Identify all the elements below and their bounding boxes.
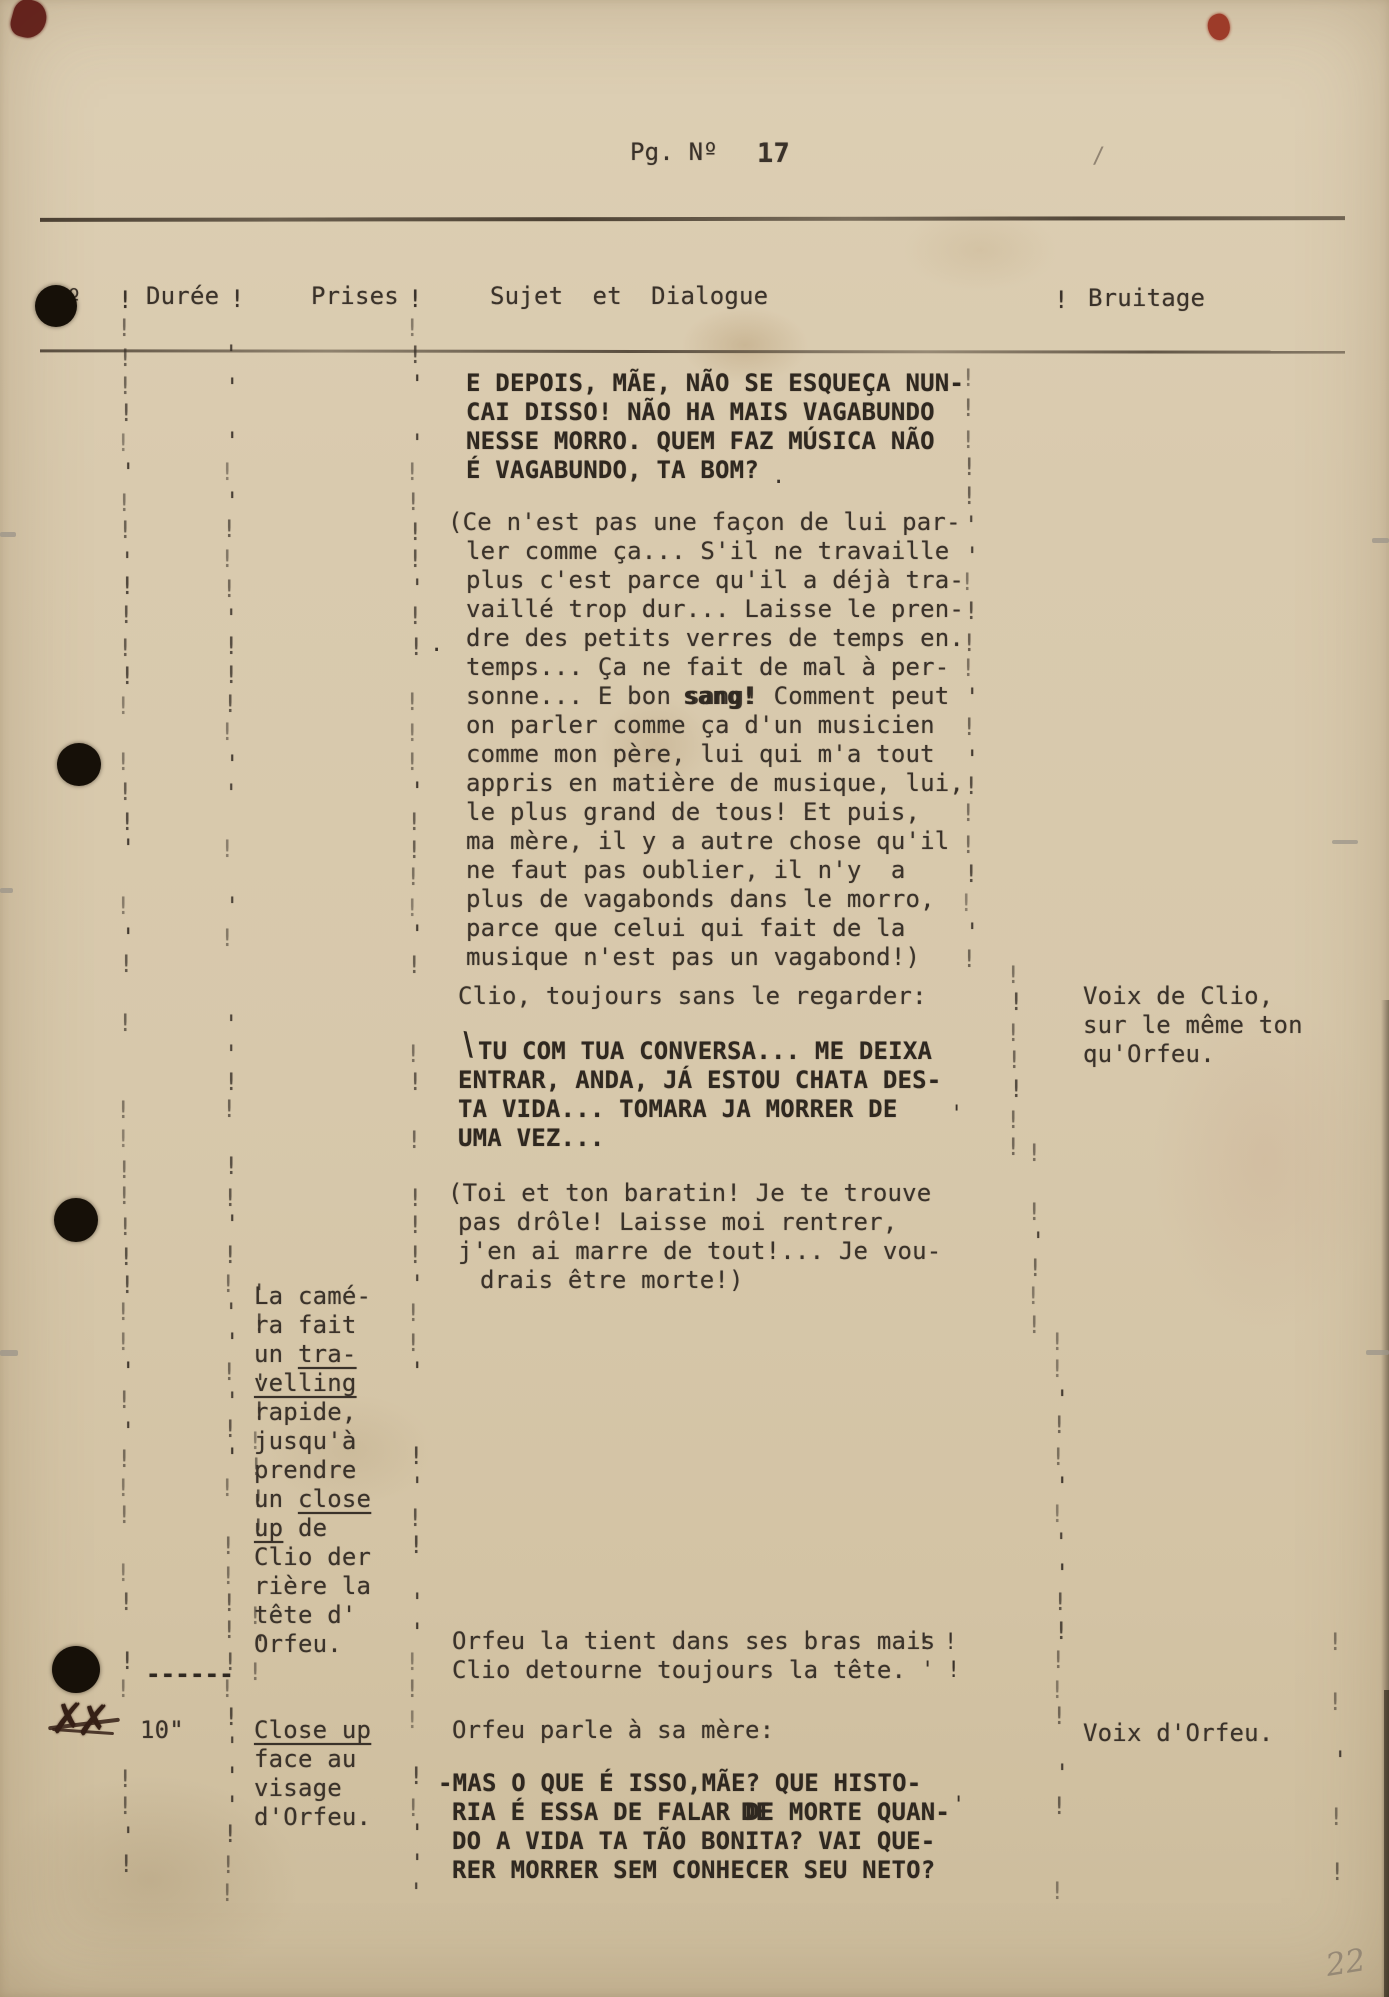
- column-separator-mark: !: [1027, 1200, 1041, 1224]
- stage-fr-2-line-0: (Toi et ton baratin! Je te trouve: [448, 1181, 931, 1206]
- column-separator-mark: ': [121, 1824, 135, 1848]
- column-separator-mark: !: [223, 1186, 237, 1210]
- red-ink-mark: [8, 0, 51, 42]
- column-separator-mark: !: [116, 1476, 130, 1500]
- column-separator-mark: !: [116, 894, 130, 918]
- column-separator-mark: ': [225, 1764, 239, 1788]
- column-separator-mark: ': [121, 925, 135, 949]
- bruitage-clio-line-0: Voix de Clio,: [1083, 984, 1273, 1009]
- stray-mark: .: [772, 466, 785, 488]
- punch-hole: [35, 285, 77, 327]
- column-separator-mark: !: [964, 774, 978, 798]
- column-separator-mark: !: [1051, 1648, 1065, 1672]
- column-separator-mark: !: [118, 1767, 132, 1791]
- column-separator-mark: ': [409, 1880, 423, 1904]
- column-headers-line-4: Prises: [311, 284, 399, 309]
- column-separator-mark: ': [410, 1620, 424, 1644]
- column-separator-mark: ': [121, 1419, 135, 1443]
- column-separator-mark: !: [405, 750, 419, 774]
- column-separator-mark: ': [965, 747, 979, 771]
- bruitage-clio-line-2: qu'Orfeu.: [1083, 1042, 1215, 1067]
- column-separator-mark: !: [405, 690, 419, 714]
- column-separator-mark: !: [117, 1503, 131, 1527]
- stray-mark: !: [917, 1632, 930, 1654]
- dialogue-pt-1-line-1: CAI DISSO! NÃO HA MAIS VAGABUNDO: [466, 400, 935, 425]
- stage-fr-1-line-11: ma mère, il y a autre chose qu'il: [466, 829, 949, 854]
- column-separator-mark: ': [253, 1371, 267, 1395]
- column-separator-mark: !: [409, 1444, 423, 1468]
- column-separator-mark: !: [221, 1564, 235, 1588]
- column-separator-mark: !: [248, 1429, 262, 1453]
- column-separator-mark: !: [960, 570, 974, 594]
- stage-fr-1-line-10: le plus grand de tous! Et puis,: [466, 800, 920, 825]
- column-separator-mark: ': [121, 836, 135, 860]
- column-separator-mark: ': [225, 489, 239, 513]
- stray-mark: ': [950, 1104, 963, 1126]
- column-separator-mark: ': [225, 1212, 239, 1236]
- column-separator-mark: !: [116, 1127, 130, 1151]
- column-separator-mark: !: [407, 953, 421, 977]
- dialogue-pt-1-line-0: E DEPOIS, MÃE, NÃO SE ESQUEÇA NUN-: [466, 371, 964, 396]
- column-separator-mark: ': [224, 1042, 238, 1066]
- column-separator-mark: !: [405, 1708, 419, 1732]
- column-separator-mark: !: [962, 631, 976, 655]
- column-separator-mark: !: [1050, 1678, 1064, 1702]
- column-separator-mark: !: [220, 926, 234, 950]
- pencil-page-number: 22: [1324, 1945, 1368, 1982]
- column-separator-mark: !: [119, 401, 133, 425]
- overstrikes-line-1: DE: [741, 1800, 770, 1825]
- column-separator-mark: !: [1007, 1048, 1021, 1072]
- column-separator-mark: !: [961, 396, 975, 420]
- column-separator-mark: !: [116, 694, 130, 718]
- column-separator-mark: !: [1009, 990, 1023, 1014]
- column-separator-mark: !: [406, 1796, 420, 1820]
- column-separator-mark: !: [1006, 1021, 1020, 1045]
- column-separator-mark: !: [224, 663, 238, 687]
- column-separator-mark: !: [223, 1822, 237, 1846]
- column-separator-mark: !: [406, 1301, 420, 1325]
- column-separator-mark: !: [1328, 1690, 1342, 1714]
- stage-fr-2-line-3: drais être morte!): [480, 1268, 744, 1293]
- page-corner-shadow: [1384, 1690, 1389, 1997]
- prises-closeup-line-2: visage: [254, 1776, 342, 1801]
- margin-smudge: [0, 888, 13, 893]
- margin-smudge: [1366, 1350, 1389, 1355]
- column-separator-mark: !: [961, 656, 975, 680]
- column-separator-mark: !: [959, 891, 973, 915]
- column-separator-mark: !: [962, 947, 976, 971]
- column-separator-mark: !: [220, 837, 234, 861]
- prises-closeup-line-1: face au: [254, 1747, 357, 1772]
- column-separator-mark: !: [119, 1852, 133, 1876]
- prises-travelling-line-3: velling: [254, 1371, 357, 1396]
- direction-orfeu-mere-line-0: Orfeu parle à sa mère:: [452, 1718, 774, 1743]
- column-separator-mark: !: [118, 780, 132, 804]
- stray-mark: ': [921, 1660, 934, 1682]
- column-separator-mark: ': [964, 513, 978, 537]
- column-separator-mark: !: [961, 428, 975, 452]
- column-headers-line-6: Sujet et Dialogue: [490, 284, 768, 309]
- column-separator-mark: !: [223, 1417, 237, 1441]
- column-separator-mark: !: [405, 316, 419, 340]
- column-separator-mark: !: [249, 1455, 263, 1479]
- column-separator-mark: !: [1328, 1630, 1342, 1654]
- column-separator-mark: !: [222, 1591, 236, 1615]
- column-separator-mark: !: [1052, 1704, 1066, 1728]
- dialogue-pt-1-line-3: É VAGABUNDO, TA BOM?: [466, 458, 759, 483]
- stage-fr-1-line-4: dre des petits verres de temps en.: [466, 626, 964, 651]
- column-separator-mark: !: [408, 1186, 422, 1210]
- column-separator-mark: !: [408, 1506, 422, 1530]
- column-separator-mark: !: [222, 517, 236, 541]
- column-separator-mark: ': [121, 460, 135, 484]
- column-separator-mark: !: [224, 634, 238, 658]
- column-separator-mark: !: [962, 455, 976, 479]
- column-separator-mark: !: [248, 1604, 262, 1628]
- column-separator-mark: !: [221, 1272, 235, 1296]
- column-separator-mark: !: [406, 1042, 420, 1066]
- column-separator-mark: ': [1031, 1229, 1045, 1253]
- column-separator-mark: !: [222, 1360, 236, 1384]
- column-separator-mark: ': [965, 920, 979, 944]
- stage-fr-1-line-2: plus c'est parce qu'il a déjà tra-: [466, 568, 964, 593]
- column-separator-mark: ': [410, 922, 424, 946]
- prises-travelling-line-9: Clio der: [254, 1545, 371, 1570]
- punch-hole: [57, 743, 101, 786]
- column-separator-mark: ': [225, 1734, 239, 1758]
- column-separator-mark: !: [961, 366, 975, 390]
- column-separator-mark: ': [225, 894, 239, 918]
- column-separator-mark: ': [410, 1359, 424, 1383]
- stage-fr-1-line-3: vaillé trop dur... Laisse le pren-: [466, 597, 964, 622]
- column-separator-mark: !: [1052, 1413, 1066, 1437]
- dialogue-pt-3-line-3: RER MORRER SEM CONHECER SEU NETO?: [452, 1858, 935, 1883]
- column-separator-mark: !: [406, 490, 420, 514]
- column-separator-mark: !: [407, 810, 421, 834]
- column-separator-mark: !: [116, 1561, 130, 1585]
- column-separator-mark: !: [1027, 1141, 1041, 1165]
- column-separator-mark: !: [248, 1660, 262, 1684]
- column-separator-mark: !: [1050, 1357, 1064, 1381]
- page-number-line-1: 17: [757, 140, 790, 168]
- direction-clio-line-0: Clio, toujours sans le regarder:: [458, 984, 927, 1009]
- column-separator-mark: ': [1055, 1561, 1069, 1585]
- column-separator-mark: !: [222, 577, 236, 601]
- column-separator-mark: !: [116, 750, 130, 774]
- dialogue-pt-2-line-3: UMA VEZ...: [458, 1126, 605, 1151]
- dialogue-pt-2-line-2: TA VIDA... TOMARA JA MORRER DE: [458, 1097, 897, 1122]
- column-separator-mark: ': [965, 544, 979, 568]
- header-rule-top: [40, 216, 1345, 222]
- stage-fr-2-line-2: j'en ai marre de tout!... Je vou-: [458, 1239, 941, 1264]
- column-separator-mark: ': [1333, 1748, 1347, 1772]
- dialogue-pt-3-line-2: DO A VIDA TA TÃO BONITA? VAI QUE-: [452, 1829, 935, 1854]
- column-separator-mark: !: [1026, 1284, 1040, 1308]
- stage-fr-1-line-7: on parler comme ça d'un musicien: [466, 713, 935, 738]
- column-separator-mark: ': [224, 1300, 238, 1324]
- column-headers-line-2: Durée: [146, 284, 219, 309]
- column-separator-mark: !: [408, 604, 422, 628]
- margin-smudge: [0, 1350, 18, 1356]
- column-separator-mark: !: [221, 1853, 235, 1877]
- column-separator-mark: !: [118, 518, 132, 542]
- column-separator-mark: !: [220, 547, 234, 571]
- column-separator-mark: ': [410, 779, 424, 803]
- column-separator-mark: !: [117, 1158, 131, 1182]
- prises-travelling-line-4: rapide,: [254, 1400, 357, 1425]
- column-headers-line-7: !: [1054, 288, 1069, 313]
- direction-embrace-line-0: Orfeu la tient dans ses bras mais: [452, 1629, 935, 1654]
- column-headers-line-5: !: [408, 287, 423, 312]
- dialogue-pt-3-line-1: RIA É ESSA DE FALAR DE MORTE QUAN-: [452, 1800, 950, 1825]
- column-separator-mark: !: [1009, 1077, 1023, 1101]
- column-separator-mark: !: [117, 1388, 131, 1412]
- bruitage-clio-line-1: sur le même ton: [1083, 1013, 1303, 1038]
- column-separator-mark: !: [405, 1650, 419, 1674]
- column-separator-mark: !: [119, 1590, 133, 1614]
- column-separator-mark: ': [252, 1281, 266, 1305]
- column-separator-mark: !: [1053, 1590, 1067, 1614]
- column-separator-mark: !: [1050, 1330, 1064, 1354]
- prises-travelling-line-0: La camé-: [254, 1284, 371, 1309]
- column-separator-mark: ': [120, 549, 134, 573]
- column-separator-mark: ': [225, 375, 239, 399]
- column-separator-mark: !: [223, 1243, 237, 1267]
- column-headers-line-1: !: [118, 288, 133, 313]
- column-separator-mark: !: [1006, 963, 1020, 987]
- column-separator-mark: ': [1055, 1474, 1069, 1498]
- dialogue-pt-1-line-2: NESSE MORRO. QUEM FAZ MÚSICA NÃO: [466, 429, 935, 454]
- column-separator-mark: ': [1054, 1530, 1068, 1554]
- column-separator-mark: !: [406, 1331, 420, 1355]
- column-separator-mark: !: [962, 484, 976, 508]
- column-separator-mark: !: [120, 664, 134, 688]
- column-separator-mark: !: [964, 599, 978, 623]
- column-separator-mark: ': [410, 1590, 424, 1614]
- column-separator-mark: ': [410, 1821, 424, 1845]
- stage-fr-1-line-1: ler comme ça... S'il ne travaille: [466, 539, 949, 564]
- punch-hole: [52, 1646, 100, 1693]
- column-separator-mark: ': [121, 1359, 135, 1383]
- column-separator-mark: !: [252, 1311, 266, 1335]
- column-separator-mark: !: [118, 636, 132, 660]
- column-separator-mark: ': [224, 342, 238, 366]
- column-separator-mark: !: [117, 1184, 131, 1208]
- column-separator-mark: !: [1050, 1879, 1064, 1903]
- stage-fr-1-line-0: (Ce n'est pas une façon de lui par-: [448, 510, 961, 535]
- column-separator-mark: !: [962, 715, 976, 739]
- column-separator-mark: ': [224, 606, 238, 630]
- column-separator-mark: ': [410, 1851, 424, 1875]
- prises-travelling-line-10: rière la: [254, 1574, 371, 1599]
- column-separator-mark: !: [1051, 1445, 1065, 1469]
- handwritten-insert-mark: \: [456, 1028, 480, 1061]
- column-separator-mark: !: [1006, 1135, 1020, 1159]
- column-separator-mark: !: [221, 1534, 235, 1558]
- column-separator-mark: !: [224, 1705, 238, 1729]
- column-separator-mark: ': [1055, 1387, 1069, 1411]
- column-separator-mark: ': [410, 431, 424, 455]
- direction-embrace-line-1: Clio detourne toujours la tête.: [452, 1658, 906, 1683]
- stage-fr-1-line-15: musique n'est pas un vagabond!): [466, 945, 920, 970]
- column-separator-mark: !: [252, 1399, 266, 1423]
- column-separator-mark: !: [220, 460, 234, 484]
- column-separator-mark: ': [224, 781, 238, 805]
- column-separator-mark: !: [1054, 1619, 1068, 1643]
- duree-value-line-0: 10": [140, 1718, 184, 1743]
- column-separator-mark: !: [405, 721, 419, 745]
- column-separator-mark: ': [225, 1445, 239, 1469]
- stage-fr-1-line-9: appris en matière de musique, lui,: [466, 771, 964, 796]
- column-separator-mark: !: [961, 833, 975, 857]
- column-separator-mark: ': [410, 372, 424, 396]
- column-separator-mark: !: [1006, 1108, 1020, 1132]
- crossed-out-annotation: ✗ ✗: [48, 1700, 124, 1750]
- column-separator-mark: !: [118, 1794, 132, 1818]
- column-separator-mark: !: [409, 635, 423, 659]
- column-separator-mark: !: [220, 1677, 234, 1701]
- margin-smudge: [1332, 840, 1358, 844]
- column-separator-mark: !: [222, 1618, 236, 1642]
- column-separator-mark: !: [120, 574, 134, 598]
- column-separator-mark: !: [1052, 1794, 1066, 1818]
- prises-travelling-line-11: tête d': [254, 1603, 357, 1628]
- column-separator-mark: !: [251, 1516, 265, 1540]
- stray-mark: .: [430, 634, 443, 656]
- column-separator-mark: !: [119, 1245, 133, 1269]
- column-separator-mark: !: [120, 810, 134, 834]
- column-separator-mark: !: [220, 1881, 234, 1905]
- overstrikes-line-0: sang!: [683, 684, 756, 709]
- margin-smudge: [0, 532, 16, 537]
- column-separator-mark: ': [225, 1793, 239, 1817]
- column-separator-mark: !: [251, 1487, 265, 1511]
- column-separator-mark: !: [118, 1215, 132, 1239]
- dialogue-pt-3-line-0: -MAS O QUE É ISSO,MÃE? QUE HISTO-: [438, 1771, 921, 1796]
- column-separator-mark: !: [964, 862, 978, 886]
- column-separator-mark: !: [408, 1070, 422, 1094]
- column-separator-mark: !: [118, 374, 132, 398]
- bruitage-orfeu-line-0: Voix d'Orfeu.: [1083, 1721, 1273, 1746]
- column-separator-mark: !: [408, 343, 422, 367]
- column-separator-mark: !: [117, 491, 131, 515]
- column-separator-mark: !: [405, 1677, 419, 1701]
- column-separator-mark: !: [405, 460, 419, 484]
- margin-smudge: [1372, 538, 1389, 543]
- column-separator-mark: !: [1027, 1313, 1041, 1337]
- column-separator-mark: !: [117, 316, 131, 340]
- stray-mark: /: [1092, 146, 1105, 168]
- column-separator-mark: !: [406, 865, 420, 889]
- punch-hole: [54, 1198, 98, 1242]
- stage-fr-1-line-13: plus de vagabonds dans le morro,: [466, 887, 935, 912]
- prises-closeup-line-0: Close up: [254, 1718, 371, 1743]
- dialogue-pt-2-line-0: TU COM TUA CONVERSA... ME DEIXA: [478, 1039, 932, 1064]
- column-separator-mark: ': [410, 1272, 424, 1296]
- column-separator-mark: !: [116, 431, 130, 455]
- column-separator-mark: !: [408, 520, 422, 544]
- column-separator-mark: ': [253, 1632, 267, 1656]
- column-separator-mark: !: [405, 896, 419, 920]
- column-separator-mark: !: [117, 1447, 131, 1471]
- stage-fr-1-line-8: comme mon père, lui qui m'a tout: [466, 742, 935, 767]
- column-separator-mark: !: [118, 1011, 132, 1035]
- stage-fr-1-line-12: ne faut pas oublier, il n'y a: [466, 858, 905, 883]
- column-separator-mark: !: [408, 1243, 422, 1267]
- column-separator-mark: !: [224, 1070, 238, 1094]
- stage-fr-1-line-14: parce que celui qui fait de la: [466, 916, 905, 941]
- column-separator-mark: !: [224, 1154, 238, 1178]
- script-page: ✗ ✗ \ 22 Pg. Nº17Nº!Durée!Prises!Sujet e…: [0, 0, 1389, 1997]
- column-separator-mark: ': [224, 1012, 238, 1036]
- column-separator-mark: !: [1050, 1502, 1064, 1526]
- column-separator-mark: !: [223, 692, 237, 716]
- column-separator-mark: ': [225, 429, 239, 453]
- column-separator-mark: !: [1028, 1256, 1042, 1280]
- column-separator-mark: !: [220, 720, 234, 744]
- stray-mark: !: [947, 1660, 960, 1682]
- column-separator-mark: !: [116, 1677, 130, 1701]
- column-separator-mark: !: [222, 1097, 236, 1121]
- prises-travelling-line-5: jusqu'à: [254, 1429, 357, 1454]
- stage-fr-1-line-5: temps... Ça ne fait de mal à per-: [466, 655, 949, 680]
- prises-travelling-line-7: un close: [254, 1487, 371, 1512]
- prises-travelling-line-6: prendre: [254, 1458, 357, 1483]
- prises-travelling-line-2: un tra-: [254, 1342, 357, 1367]
- column-separator-mark: !: [223, 1650, 237, 1674]
- prises-closeup-line-3: d'Orfeu.: [254, 1805, 371, 1830]
- column-separator-mark: !: [118, 346, 132, 370]
- column-headers-line-3: !: [230, 287, 245, 312]
- column-separator-mark: !: [408, 1213, 422, 1237]
- dialogue-pt-2-line-1: ENTRAR, ANDA, JÁ ESTOU CHATA DES-: [458, 1068, 941, 1093]
- column-separator-mark: !: [409, 1764, 423, 1788]
- column-separator-mark: !: [120, 1273, 134, 1297]
- column-separator-mark: !: [116, 1300, 130, 1324]
- column-separator-mark: ': [410, 576, 424, 600]
- column-separator-mark: !: [407, 838, 421, 862]
- column-separator-mark: !: [1330, 1860, 1344, 1884]
- stage-fr-2-line-1: pas drôle! Laisse moi rentrer,: [458, 1210, 897, 1235]
- column-separator-mark: !: [120, 1649, 134, 1673]
- column-separator-mark: ': [410, 1474, 424, 1498]
- column-separator-mark: !: [119, 603, 133, 627]
- page-number-line-0: Pg. Nº: [630, 140, 718, 165]
- column-separator-mark: !: [961, 801, 975, 825]
- red-ink-mark: [1204, 11, 1234, 43]
- column-separator-mark: !: [119, 952, 133, 976]
- column-headers-line-8: Bruitage: [1088, 286, 1205, 311]
- column-separator-mark: !: [220, 1476, 234, 1500]
- column-separator-mark: !: [408, 547, 422, 571]
- column-separator-mark: ': [225, 1389, 239, 1413]
- column-separator-mark: ': [225, 1330, 239, 1354]
- column-separator-mark: !: [116, 1098, 130, 1122]
- stray-mark: !: [944, 1632, 957, 1654]
- column-separator-mark: !: [116, 1330, 130, 1354]
- column-separator-mark: ': [1055, 1761, 1069, 1785]
- column-separator-mark: !: [407, 1128, 421, 1152]
- column-separator-mark: ': [225, 752, 239, 776]
- column-separator-mark: !: [409, 1533, 423, 1557]
- column-separator-mark: !: [1329, 1805, 1343, 1829]
- stray-mark: ': [952, 1795, 965, 1817]
- column-separator-mark: ': [965, 685, 979, 709]
- prises-travelling-line-1: ra fait: [254, 1313, 357, 1338]
